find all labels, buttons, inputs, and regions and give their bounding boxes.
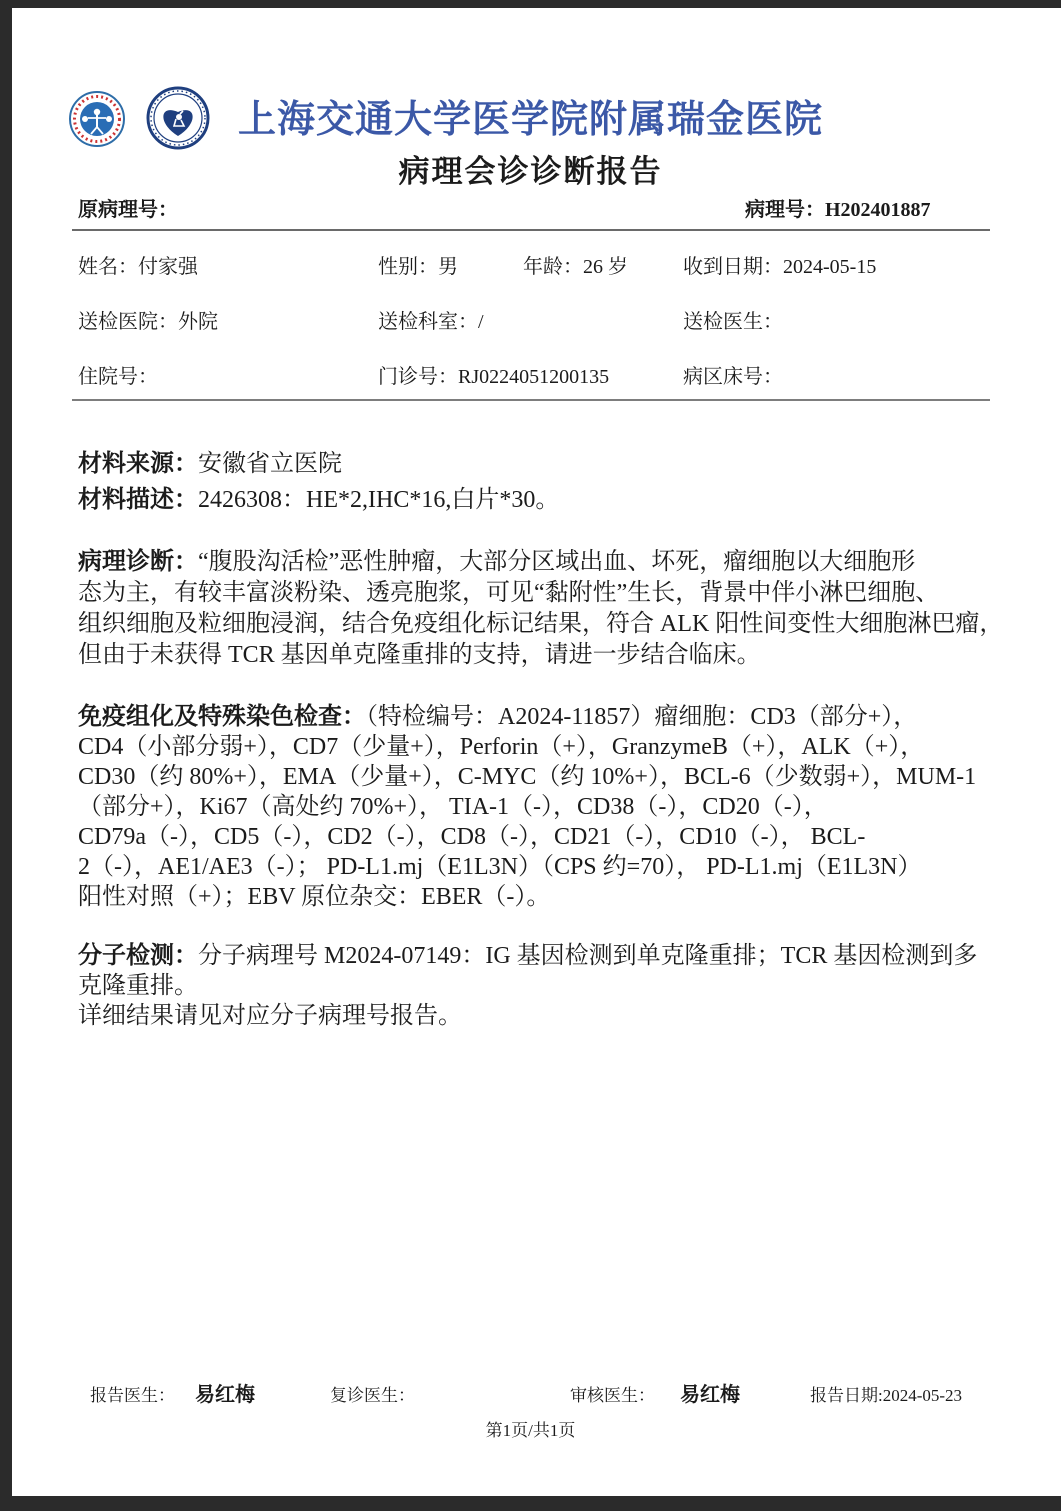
outpatient-no: 门诊号：RJ0224051200135	[378, 360, 609, 389]
material-description-label: 材料描述：	[78, 487, 198, 513]
patient-name-label: 姓名：	[78, 256, 138, 278]
referring-department-label: 送检科室：	[378, 311, 478, 333]
referring-department-value: /	[478, 311, 484, 333]
divider-table-bottom	[72, 399, 990, 401]
ihc-line: CD30（约 80%+），EMA（少量+），C-MYC（约 10%+），BCL-…	[78, 762, 1008, 792]
pathology-no-label: 病理号：	[745, 199, 825, 221]
report-doctor-label: 报告医生：	[90, 1381, 175, 1406]
patient-age: 年龄：26 岁	[523, 250, 628, 279]
material-source-value: 安徽省立医院	[198, 451, 342, 477]
pathology-report-page: { "page": { "frame_color": "#2b2b2b", "b…	[0, 0, 1061, 1511]
molecular-label: 分子检测：	[78, 943, 198, 969]
outpatient-no-label: 门诊号：	[378, 366, 458, 388]
patient-age-label: 年龄：	[523, 256, 583, 278]
received-date-label: 收到日期：	[683, 256, 783, 278]
molecular-line: 克隆重排。	[78, 971, 1008, 1001]
ward-bed-no-label: 病区床号：	[683, 366, 783, 388]
molecular-line: 详细结果请见对应分子病理号报告。	[78, 1001, 1008, 1031]
ihc-line: 阳性对照（+）；EBV 原位杂交：EBER（-）。	[78, 882, 1008, 912]
molecular-text: 分子病理号 M2024-07149：IG 基因检测到单克隆重排；TCR 基因检测…	[198, 943, 977, 969]
audit-doctor-label: 审核医生：	[570, 1381, 655, 1406]
ihc-text: （特检编号：A2024-11857）瘤细胞：CD3（部分+），	[366, 704, 917, 730]
ihc-label: 免疫组化及特殊染色检查：	[78, 704, 366, 730]
report-doctor-name: 易红梅	[195, 1378, 255, 1407]
material-source-label: 材料来源：	[78, 451, 198, 477]
referring-hospital: 送检医院：外院	[78, 305, 218, 334]
ihc-line: CD4（小部分弱+），CD7（少量+），Perforin（+），Granzyme…	[78, 732, 1008, 762]
patient-name: 姓名：付家强	[78, 250, 198, 279]
molecular-section: 分子检测：分子病理号 M2024-07149：IG 基因检测到单克隆重排；TCR…	[78, 941, 1008, 1031]
scan-edge-top	[0, 0, 1061, 8]
diagnosis-label: 病理诊断：	[78, 549, 198, 575]
material-source: 材料来源：安徽省立医院	[78, 443, 342, 478]
scan-edge-bottom	[0, 1496, 1061, 1511]
pathology-diagnosis-section: 病理诊断：“腹股沟活检”恶性肿瘤，大部分区域出血、坏死，瘤细胞以大细胞形 态为主…	[78, 547, 1008, 671]
divider-top	[72, 229, 990, 231]
material-description: 材料描述：2426308：HE*2,IHC*16,白片*30。	[78, 479, 559, 514]
original-pathology-no-label: 原病理号：	[78, 193, 178, 222]
pathology-no: 病理号：H202401887	[745, 193, 931, 222]
ihc-line: CD79a（-），CD5（-），CD2（-），CD8（-），CD21（-），CD…	[78, 822, 1008, 852]
patient-gender-label: 性别：	[378, 256, 438, 278]
referring-department: 送检科室：/	[378, 305, 484, 334]
page-indicator: 第1页/共1页	[0, 1416, 1061, 1441]
ihc-line: 2（-），AE1/AE3（-）； PD-L1.mj（E1L3N）（CPS 约=7…	[78, 852, 1008, 882]
molecular-line: 分子检测：分子病理号 M2024-07149：IG 基因检测到单克隆重排；TCR…	[78, 941, 1008, 971]
diagnosis-line: 组织细胞及粒细胞浸润，结合免疫组化标记结果，符合 ALK 阳性间变性大细胞淋巴瘤…	[78, 609, 1008, 640]
diagnosis-line: 态为主，有较丰富淡粉染、透亮胞浆，可见“黏附性”生长，背景中伴小淋巴细胞、	[78, 578, 1008, 609]
ward-bed-no: 病区床号：	[683, 360, 783, 389]
review-doctor-label: 复诊医生：	[330, 1381, 415, 1406]
inpatient-no: 住院号：	[78, 360, 158, 389]
received-date-value: 2024-05-15	[783, 256, 876, 278]
pathology-no-value: H202401887	[825, 199, 931, 221]
received-date: 收到日期：2024-05-15	[683, 250, 876, 279]
ihc-line: （部分+），Ki67（高处约 70%+）， TIA-1（-），CD38（-），C…	[78, 792, 1008, 822]
inpatient-no-label: 住院号：	[78, 366, 158, 388]
hospital-name: 上海交通大学医学院附属瑞金医院	[0, 88, 1061, 143]
report-title: 病理会诊诊断报告	[0, 146, 1061, 191]
audit-doctor-name: 易红梅	[680, 1378, 740, 1407]
referring-doctor: 送检医生：	[683, 305, 783, 334]
diagnosis-text: “腹股沟活检”恶性肿瘤，大部分区域出血、坏死，瘤细胞以大细胞形	[198, 549, 915, 575]
patient-gender: 性别：男	[378, 250, 458, 279]
outpatient-no-value: RJ0224051200135	[458, 366, 609, 388]
patient-name-value: 付家强	[138, 256, 198, 278]
ihc-section: 免疫组化及特殊染色检查：（特检编号：A2024-11857）瘤细胞：CD3（部分…	[78, 702, 1008, 912]
scan-edge-left	[0, 0, 12, 1511]
ihc-line: 免疫组化及特殊染色检查：（特检编号：A2024-11857）瘤细胞：CD3（部分…	[78, 702, 1008, 732]
diagnosis-line: 病理诊断：“腹股沟活检”恶性肿瘤，大部分区域出血、坏死，瘤细胞以大细胞形	[78, 547, 1008, 578]
patient-gender-value: 男	[438, 256, 458, 278]
diagnosis-line: 但由于未获得 TCR 基因单克隆重排的支持，请进一步结合临床。	[78, 640, 1008, 671]
patient-age-value: 26 岁	[583, 256, 628, 278]
referring-hospital-value: 外院	[178, 311, 218, 333]
referring-doctor-label: 送检医生：	[683, 311, 783, 333]
referring-hospital-label: 送检医院：	[78, 311, 178, 333]
report-date: 报告日期:2024-05-23	[810, 1381, 962, 1406]
material-description-value: 2426308：HE*2,IHC*16,白片*30。	[198, 487, 559, 513]
